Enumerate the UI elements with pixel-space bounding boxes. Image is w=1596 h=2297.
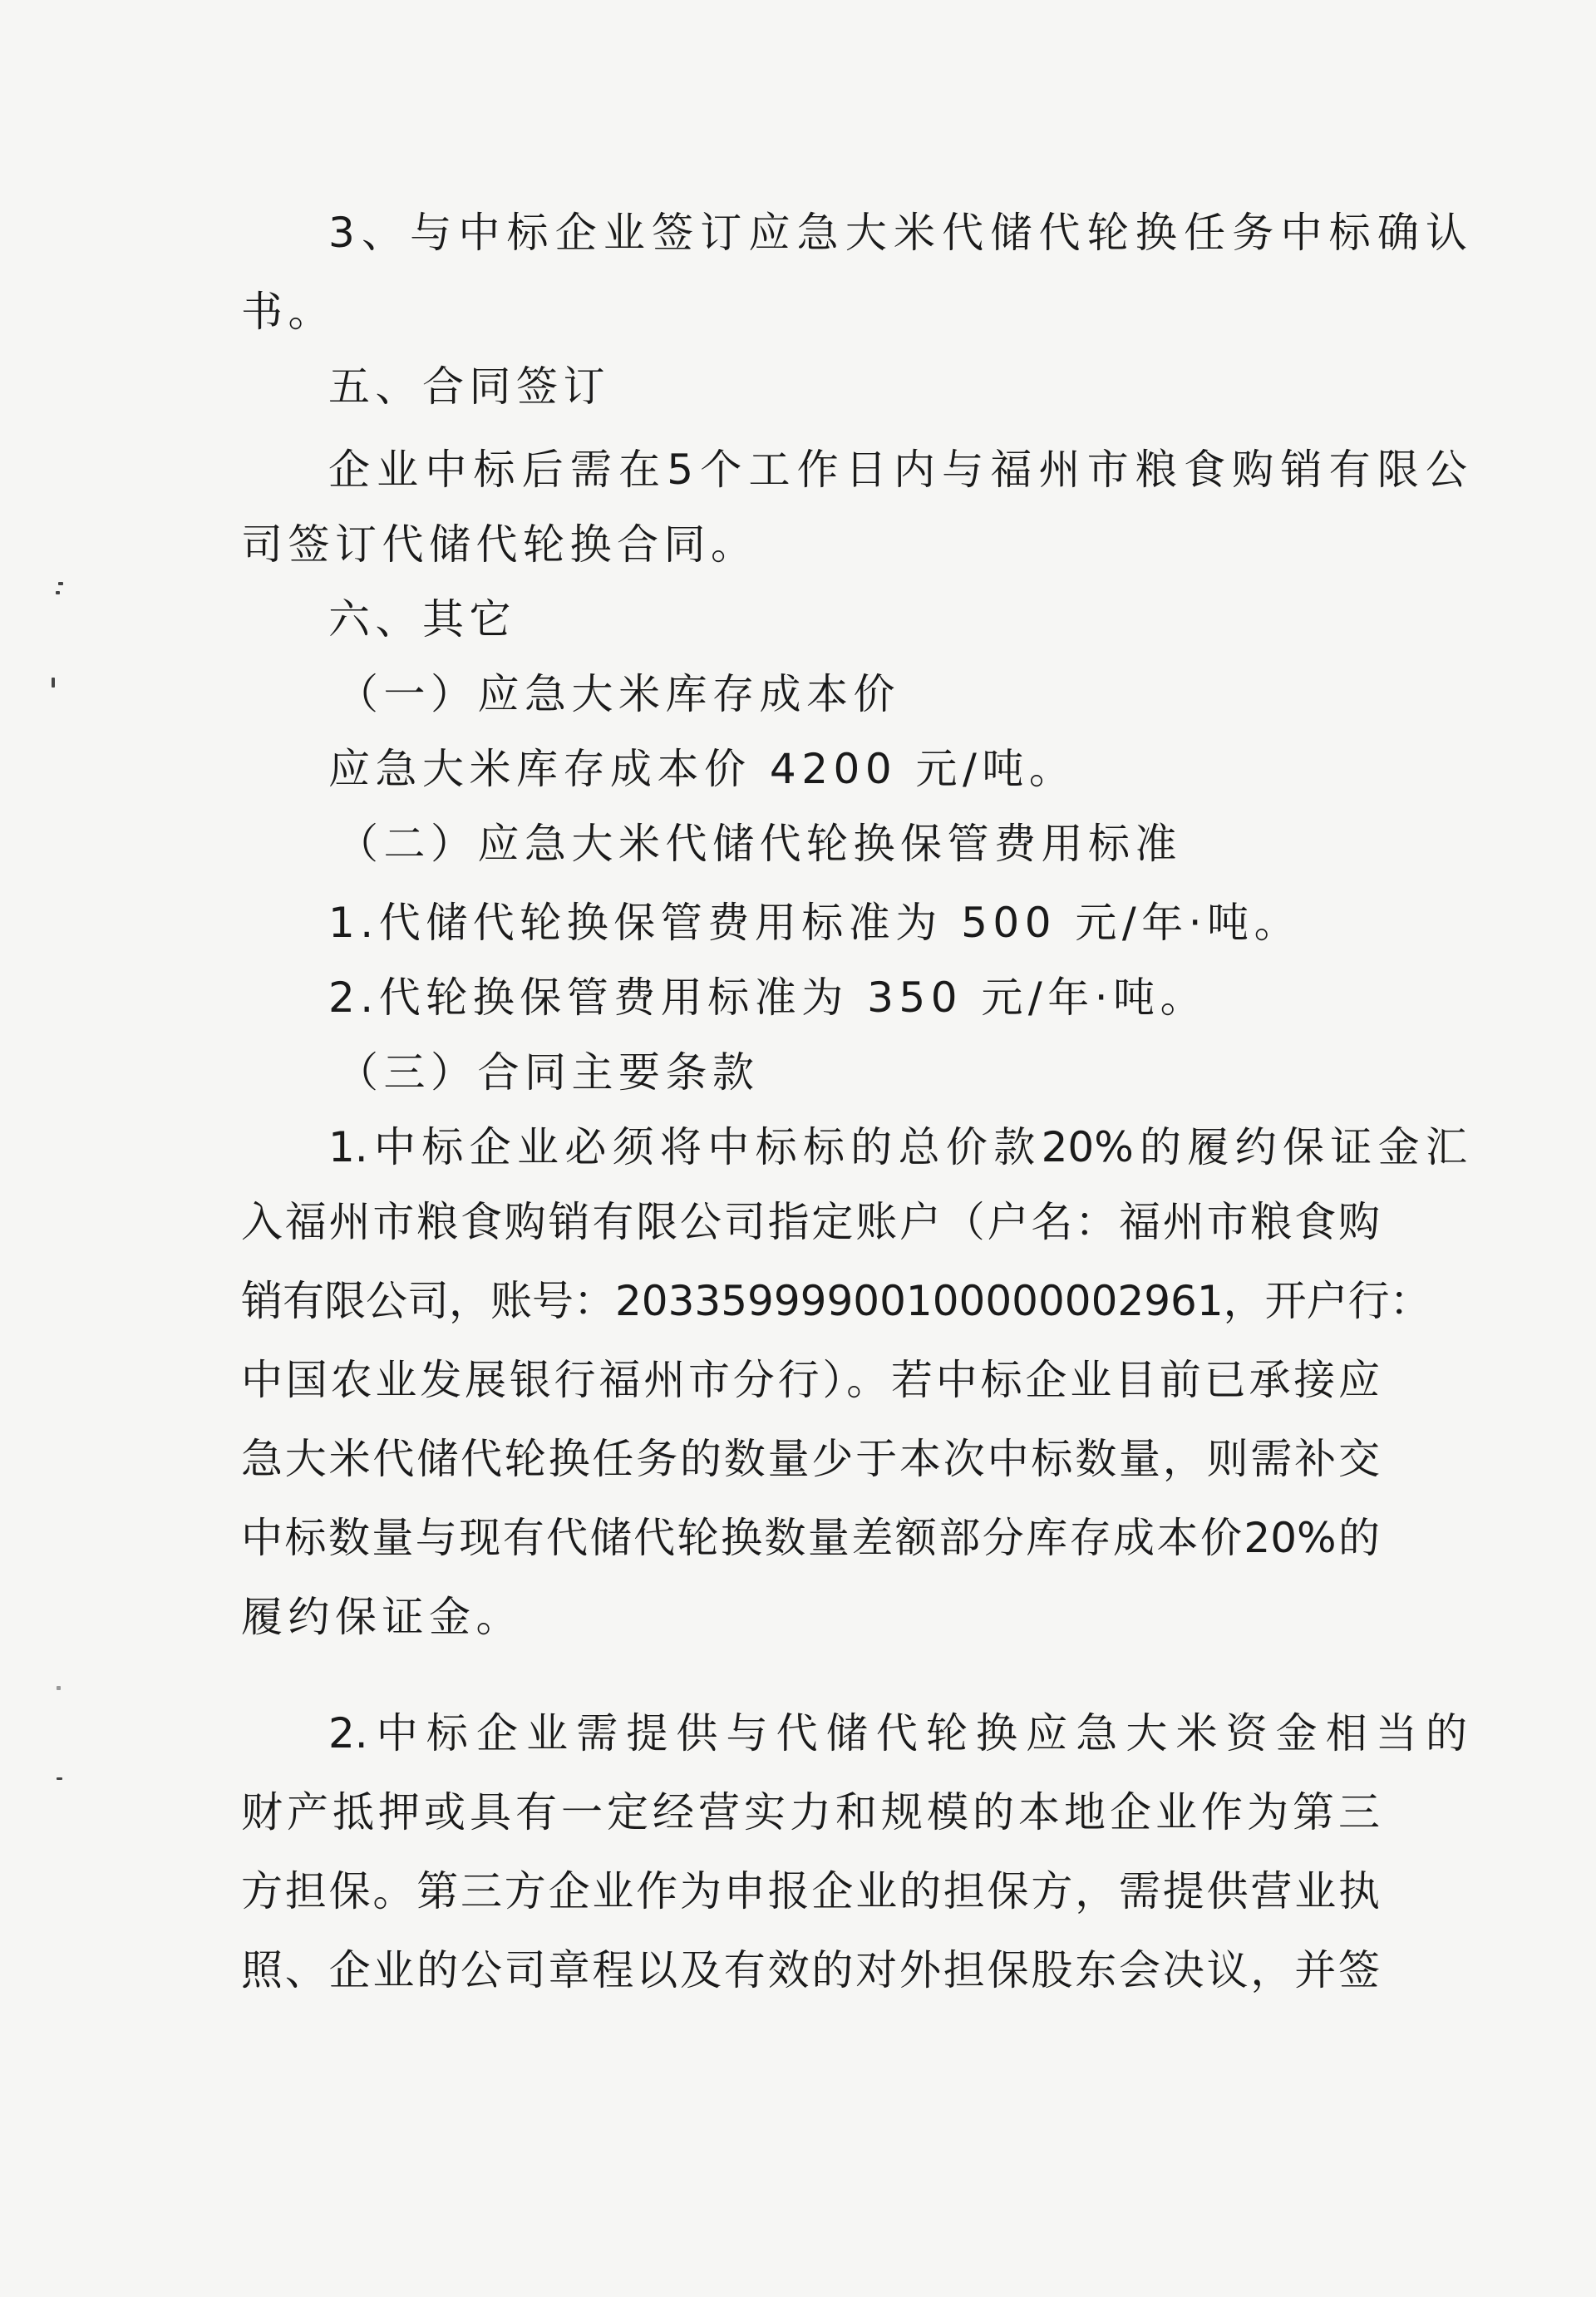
- subheading-3: （三）合同主要条款: [337, 1047, 1475, 1097]
- scan-artifact-mark: [57, 1686, 61, 1690]
- inventory-cost-price-text: 应急大米库存成本价 4200 元/吨。: [328, 744, 1467, 794]
- clause-1-line-4: 中国农业发展银行福州市分行）。若中标企业目前已承接应: [241, 1355, 1380, 1405]
- clause-1-line-3-account-number: 销有限公司，账号：20335999900100000002961，开户行：: [241, 1276, 1380, 1326]
- clause-1-line-1: 1.中标企业必须将中标标的总价款20%的履约保证金汇: [328, 1122, 1467, 1172]
- storage-fee-item-1: 1.代储代轮换保管费用标准为 500 元/年·吨。: [328, 898, 1467, 948]
- paragraph-contract-signing-line-2: 司签订代储代轮换合同。: [241, 520, 1380, 569]
- clause-1-line-7: 履约保证金。: [241, 1592, 1380, 1642]
- storage-fee-item-2: 2.代轮换保管费用标准为 350 元/年·吨。: [328, 973, 1467, 1023]
- clause-1-line-2: 入福州市粮食购销有限公司指定账户（户名：福州市粮食购: [241, 1197, 1380, 1247]
- subheading-2: （二）应急大米代储代轮换保管费用标准: [337, 819, 1475, 869]
- scanned-document-page: 3、与中标企业签订应急大米代储代轮换任务中标确认 书。 五、合同签订 企业中标后…: [0, 0, 1596, 2297]
- clause-1-line-6: 中标数量与现有代储代轮换数量差额部分库存成本价20%的: [241, 1513, 1380, 1563]
- scan-artifact-mark: [57, 1777, 62, 1780]
- subheading-1: （一）应急大米库存成本价: [337, 669, 1475, 719]
- paragraph-contract-signing-line-1: 企业中标后需在5个工作日内与福州市粮食购销有限公: [328, 445, 1467, 495]
- clause-1-line-5: 急大米代储代轮换任务的数量少于本次中标数量，则需补交: [241, 1434, 1380, 1484]
- clause-2-line-1: 2.中标企业需提供与代储代轮换应急大米资金相当的: [328, 1708, 1467, 1758]
- clause-2-line-2: 财产抵押或具有一定经营实力和规模的本地企业作为第三: [241, 1787, 1380, 1837]
- scan-artifact-mark: [52, 678, 55, 688]
- scan-artifact-mark: [56, 591, 60, 594]
- paragraph-item-3-line-1: 3、与中标企业签订应急大米代储代轮换任务中标确认: [328, 208, 1467, 258]
- clause-2-line-3: 方担保。第三方企业作为申报企业的担保方，需提供营业执: [241, 1866, 1380, 1916]
- clause-2-line-4: 照、企业的公司章程以及有效的对外担保股东会决议，并签: [241, 1945, 1380, 1995]
- paragraph-item-3-line-2: 书。: [241, 287, 1380, 337]
- scan-artifact-mark: [58, 582, 63, 585]
- section-heading-6: 六、其它: [328, 594, 1467, 644]
- section-heading-5: 五、合同签订: [328, 362, 1467, 412]
